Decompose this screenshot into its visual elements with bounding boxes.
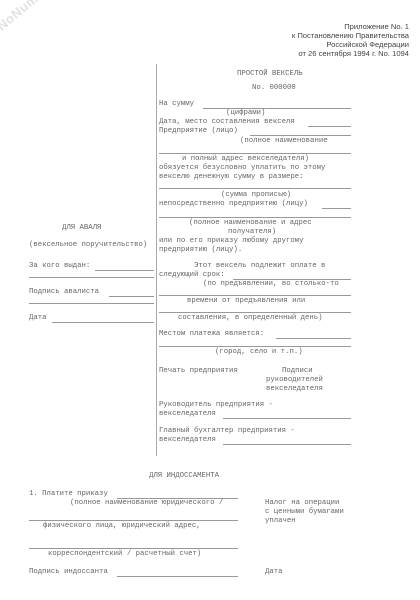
place-field-2[interactable] (159, 346, 351, 347)
amount-words-hint: (сумма прописью) (221, 191, 291, 200)
signatures-line-2: руководителей (266, 376, 323, 385)
header-line-1: Приложение No. 1 (344, 22, 409, 31)
enterprise-label: Предприятие (лицо) (159, 127, 238, 136)
term-field-2[interactable] (159, 295, 351, 296)
order-line-2: предприятию (лицу). (159, 246, 242, 255)
payee-hint-2: получателя) (228, 228, 276, 237)
payee-field[interactable] (159, 217, 351, 218)
header-line-3: Российской Федерации (326, 40, 409, 49)
obligation-line-2: векселю денежную сумму в размере: (159, 173, 304, 182)
term-line-1: Этот вексель подлежит оплате в (194, 262, 325, 271)
aval-date-field[interactable] (52, 322, 154, 323)
for-whom-field-2[interactable] (29, 277, 154, 278)
header-line-2: к Постановлению Правительства (292, 31, 409, 40)
endorsement-hint-2: физического лица, юридический адрес, (43, 522, 201, 531)
order-line-1: или по его приказу любому другому (159, 237, 304, 246)
pay-to-label: 1. Платите приказу (29, 490, 108, 499)
for-whom-label: За кого выдан: (29, 262, 90, 271)
direct-label: непосредственно предприятию (лицу) (159, 200, 308, 209)
enterprise-hint-2: и полный адрес векселедателя) (182, 155, 309, 164)
endorser-signature-field[interactable] (117, 576, 238, 577)
header-line-4: от 26 сентября 1994 г. No. 1094 (298, 49, 409, 58)
bill-title: ПРОСТОЙ ВЕКСЕЛЬ (237, 70, 303, 79)
amount-label: На сумму (159, 100, 194, 109)
tax-line-3: уплачен (265, 517, 296, 526)
head-signature-field[interactable] (223, 418, 351, 419)
pay-to-field-3[interactable] (29, 548, 238, 549)
head-label-2: векселедателя (159, 410, 216, 419)
aval-date-label: Дата (29, 314, 47, 323)
date-place-field[interactable] (308, 126, 351, 127)
direct-field[interactable] (322, 208, 351, 209)
date-place-label: Дата, место составления векселя (159, 118, 295, 127)
term-field-3[interactable] (159, 312, 351, 313)
place-field[interactable] (276, 338, 351, 339)
accountant-signature-field[interactable] (223, 444, 351, 445)
watermark: NoNumber.ru (0, 0, 71, 33)
enterprise-field[interactable] (250, 135, 351, 136)
aval-subtitle: (вексельное поручительство) (29, 241, 147, 250)
for-whom-field[interactable] (95, 270, 154, 271)
term-hint-2: времени от предъявления или (187, 297, 305, 306)
pay-to-field-2[interactable] (29, 520, 238, 521)
accountant-label-2: векселедателя (159, 436, 216, 445)
term-hint-3: составления, в определенный день) (178, 314, 323, 323)
endorsement-hint-3: корреспондентский / расчетный счет) (48, 550, 201, 559)
term-line-2: следующий срок: (159, 271, 225, 280)
aval-signature-field-2[interactable] (29, 303, 154, 304)
tax-line-1: Налог на операции (265, 499, 339, 508)
term-hint-1: (по предъявлении, во столько-то (203, 280, 339, 289)
aval-title: ДЛЯ АВАЛЯ (62, 224, 101, 233)
column-divider (156, 64, 157, 456)
enterprise-hint-1: (полное наименование (240, 137, 328, 146)
endorsement-hint-1: (полное наименование юридического / (70, 499, 223, 508)
head-label-1: Руководитель предприятия - (159, 401, 273, 410)
tax-line-2: с ценными бумагами (265, 508, 344, 517)
aval-signature-field[interactable] (109, 296, 154, 297)
place-label: Местом платежа является: (159, 330, 264, 339)
endorsement-date-label: Дата (265, 568, 283, 577)
aval-signature-label: Подпись авалиста (29, 288, 99, 297)
accountant-label-1: Главный бухгалтер предприятия - (159, 427, 295, 436)
bill-number: No. 000000 (252, 84, 296, 93)
amount-hint: (цифрами) (226, 109, 265, 118)
seal-label: Печать предприятия (159, 367, 238, 376)
place-hint: (город, село и т.п.) (215, 348, 303, 357)
payee-hint-1: (полное наименование и адрес (189, 219, 312, 228)
endorser-signature-label: Подпись индоссанта (29, 568, 108, 577)
amount-words-field[interactable] (159, 188, 351, 189)
enterprise-address-field[interactable] (159, 153, 351, 154)
signatures-line-1: Подписи (282, 367, 313, 376)
obligation-line-1: обязуется безусловно уплатить по этому (159, 164, 325, 173)
endorsement-title: ДЛЯ ИНДОССАМЕНТА (149, 472, 219, 481)
signatures-line-3: векселедателя (266, 385, 323, 394)
